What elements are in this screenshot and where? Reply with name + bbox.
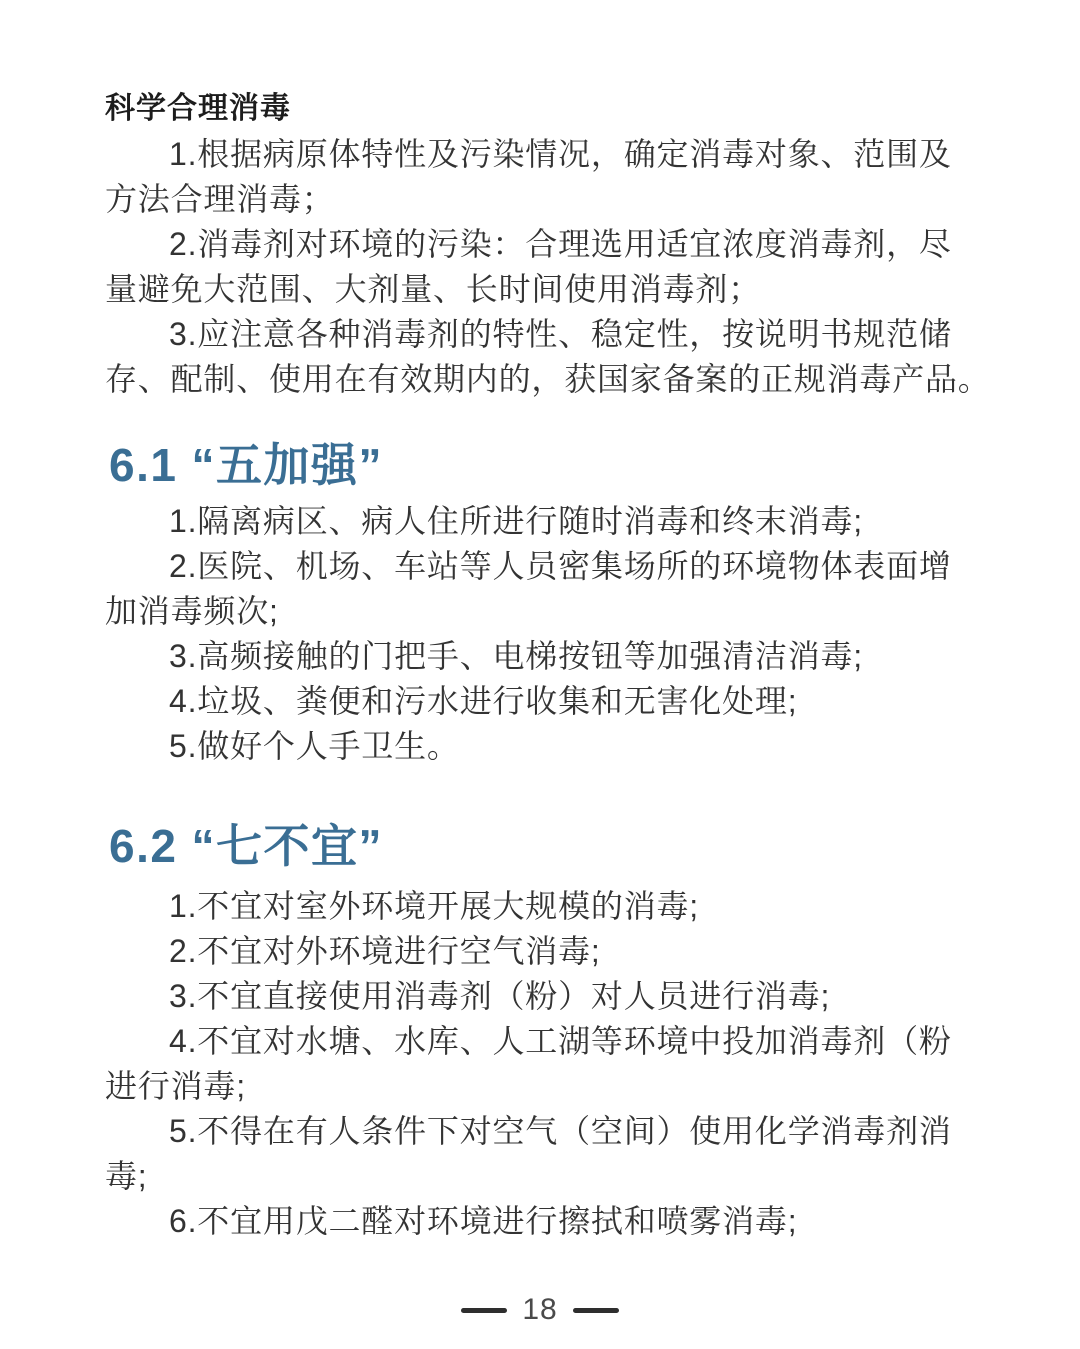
page-content: 科学合理消毒 1.根据病原体特性及污染情况，确定消毒对象、范围及 方法合理消毒；…: [105, 0, 965, 1244]
list-item-line: 1.不宜对室外环境开展大规模的消毒;: [105, 884, 965, 929]
paragraph-line: 方法合理消毒；: [105, 177, 965, 222]
list-item-line: 3.高频接触的门把手、电梯按钮等加强清洁消毒;: [105, 634, 965, 679]
section-heading-6-2: 6.2 “七不宜”: [109, 818, 965, 874]
intro-paragraph: 1.根据病原体特性及污染情况，确定消毒对象、范围及 方法合理消毒；: [105, 132, 965, 222]
paragraph-line: 2.消毒剂对环境的污染：合理选用适宜浓度消毒剂，尽: [105, 222, 965, 267]
document-page: 科学合理消毒 1.根据病原体特性及污染情况，确定消毒对象、范围及 方法合理消毒；…: [0, 0, 1080, 1349]
list-item-line: 加消毒频次;: [105, 589, 965, 634]
list-item: 2.医院、机场、车站等人员密集场所的环境物体表面增 加消毒频次;: [105, 544, 965, 634]
list-item-line: 5.不得在有人条件下对空气（空间）使用化学消毒剂消: [105, 1109, 965, 1154]
list-item-line: 4.垃圾、粪便和污水进行收集和无害化处理;: [105, 679, 965, 724]
footer-dash-right: [573, 1308, 619, 1313]
list-item-line: 进行消毒;: [105, 1064, 965, 1109]
list-item-line: 6.不宜用戊二醛对环境进行擦拭和喷雾消毒;: [105, 1199, 965, 1244]
list-item: 2.不宜对外环境进行空气消毒;: [105, 929, 965, 974]
list-item: 4.垃圾、粪便和污水进行收集和无害化处理;: [105, 679, 965, 724]
section-heading-6-1: 6.1 “五加强”: [109, 437, 965, 493]
list-item: 5.做好个人手卫生。: [105, 724, 965, 769]
paragraph-line: 量避免大范围、大剂量、长时间使用消毒剂；: [105, 267, 965, 312]
list-item-line: 2.不宜对外环境进行空气消毒;: [105, 929, 965, 974]
section-title: “七不宜”: [191, 818, 383, 874]
list-item: 6.不宜用戊二醛对环境进行擦拭和喷雾消毒;: [105, 1199, 965, 1244]
paragraph-line: 1.根据病原体特性及污染情况，确定消毒对象、范围及: [105, 132, 965, 177]
list-item: 1.隔离病区、病人住所进行随时消毒和终末消毒;: [105, 499, 965, 544]
list-item: 4.不宜对水塘、水库、人工湖等环境中投加消毒剂（粉 进行消毒;: [105, 1019, 965, 1109]
list-item: 3.高频接触的门把手、电梯按钮等加强清洁消毒;: [105, 634, 965, 679]
list-item: 1.不宜对室外环境开展大规模的消毒;: [105, 884, 965, 929]
intro-paragraph: 3.应注意各种消毒剂的特性、稳定性，按说明书规范储 存、配制、使用在有效期内的，…: [105, 312, 965, 402]
list-item-line: 1.隔离病区、病人住所进行随时消毒和终末消毒;: [105, 499, 965, 544]
intro-paragraph: 2.消毒剂对环境的污染：合理选用适宜浓度消毒剂，尽 量避免大范围、大剂量、长时间…: [105, 222, 965, 312]
section-number: 6.1: [109, 437, 177, 493]
intro-heading: 科学合理消毒: [105, 92, 965, 126]
list-item-line: 5.做好个人手卫生。: [105, 724, 965, 769]
list-item-line: 3.不宜直接使用消毒剂（粉）对人员进行消毒;: [105, 974, 965, 1019]
paragraph-line: 存、配制、使用在有效期内的，获国家备案的正规消毒产品。: [105, 357, 965, 402]
footer-page-number: 18: [522, 1293, 557, 1327]
list-item: 5.不得在有人条件下对空气（空间）使用化学消毒剂消 毒;: [105, 1109, 965, 1199]
paragraph-line: 3.应注意各种消毒剂的特性、稳定性，按说明书规范储: [105, 312, 965, 357]
section-number: 6.2: [109, 818, 177, 874]
list-item-line: 2.医院、机场、车站等人员密集场所的环境物体表面增: [105, 544, 965, 589]
section-title: “五加强”: [191, 437, 383, 493]
list-item-line: 毒;: [105, 1154, 965, 1199]
footer-dash-left: [461, 1308, 507, 1313]
list-item: 3.不宜直接使用消毒剂（粉）对人员进行消毒;: [105, 974, 965, 1019]
list-item-line: 4.不宜对水塘、水库、人工湖等环境中投加消毒剂（粉: [105, 1019, 965, 1064]
page-footer: 18: [0, 1293, 1080, 1327]
